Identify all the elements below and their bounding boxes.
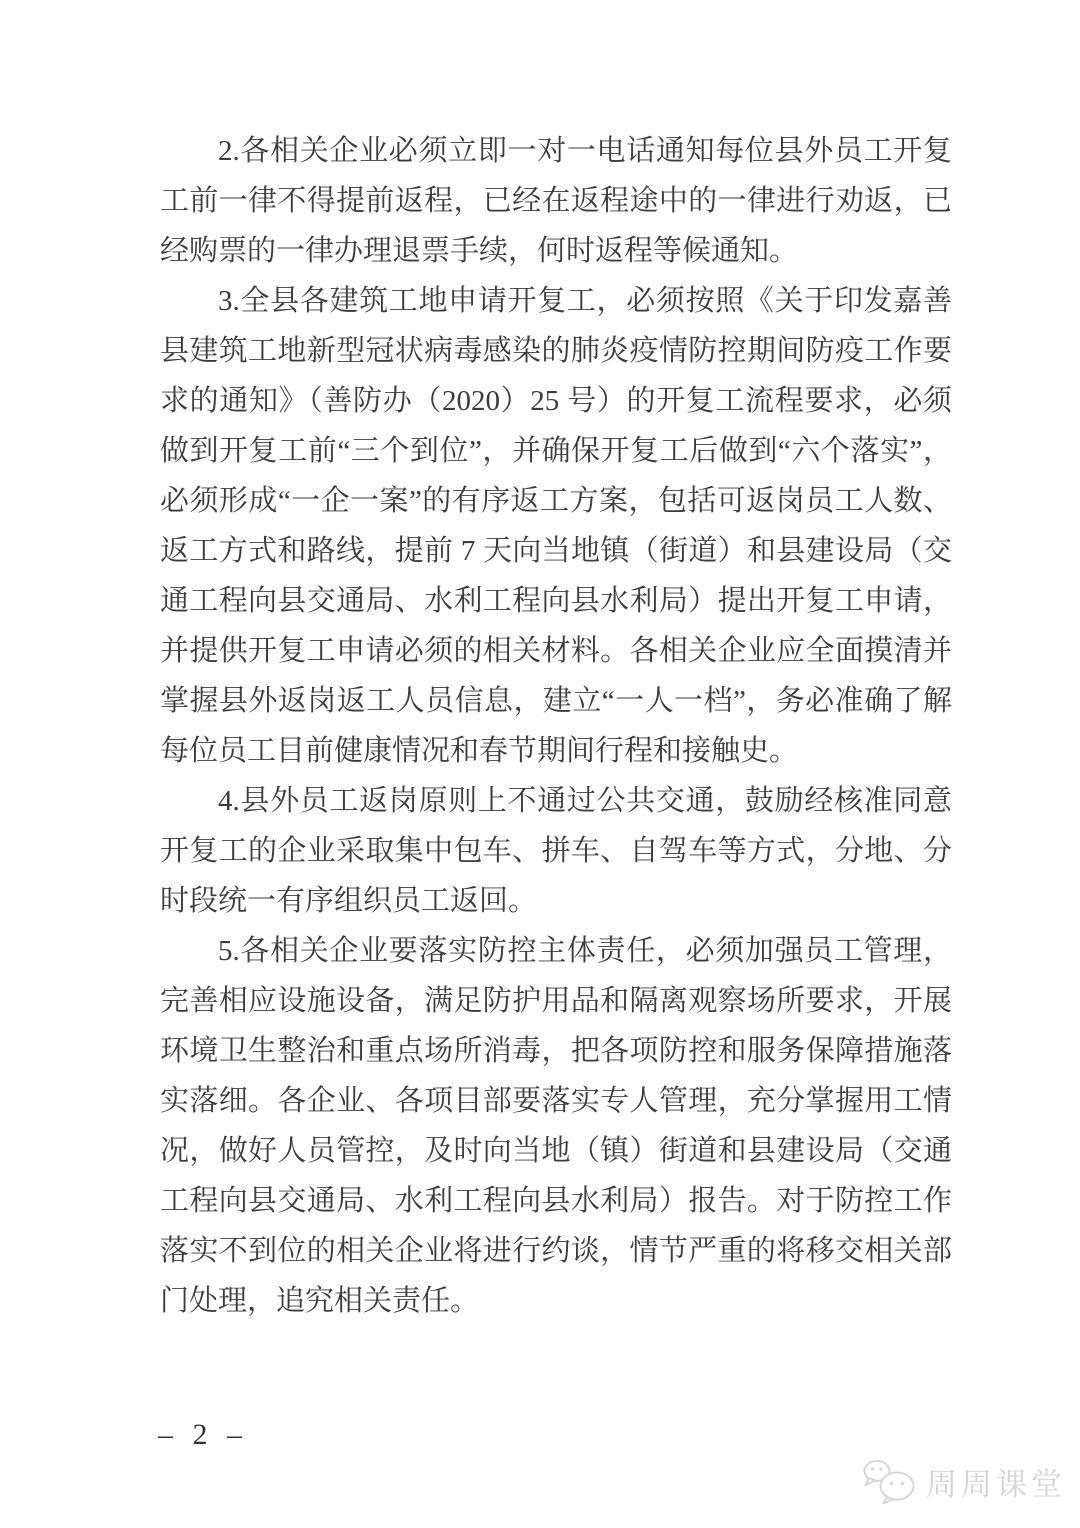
wechat-icon	[862, 1458, 918, 1504]
page-number: – 2 –	[158, 1418, 248, 1452]
paragraph-item-5: 5.各相关企业要落实防控主体责任，必须加强员工管理，完善相应设施设备，满足防护用…	[160, 926, 952, 1326]
paragraph-item-4: 4.县外员工返岗原则上不通过公共交通，鼓励经核准同意开复工的企业采取集中包车、拼…	[160, 776, 952, 926]
paragraph-item-2: 2.各相关企业必须立即一对一电话通知每位县外员工开复工前一律不得提前返程，已经在…	[160, 126, 952, 276]
document-page: { "document": { "page_number": "– 2 –", …	[0, 0, 1080, 1528]
watermark-label: 周周课堂	[926, 1459, 1066, 1504]
document-body: 2.各相关企业必须立即一对一电话通知每位县外员工开复工前一律不得提前返程，已经在…	[160, 126, 952, 1326]
paragraph-item-3: 3.全县各建筑工地申请开复工，必须按照《关于印发嘉善县建筑工地新型冠状病毒感染的…	[160, 276, 952, 776]
watermark: 周周课堂	[862, 1458, 1066, 1504]
